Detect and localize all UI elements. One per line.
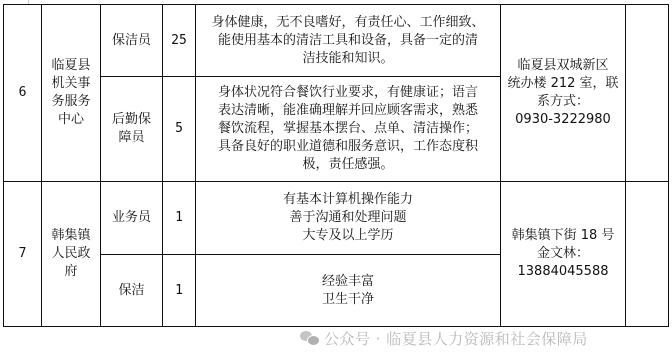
position-title: 保洁	[101, 255, 163, 327]
position-count: 1	[163, 182, 196, 255]
job-listing-table: 6 临夏县 机关事 务服务 中心 保洁员 25 身体健康，无不良嗜好，有责任心、…	[3, 4, 669, 327]
position-requirements: 经验丰富 卫生干净	[196, 255, 501, 327]
position-count: 1	[163, 255, 196, 327]
table-row: 7 韩集镇 人民政 府 业务员 1 有基本计算机操作能力 善于沟通和处理问题 大…	[4, 182, 669, 255]
position-title: 业务员	[101, 182, 163, 255]
row-index: 7	[4, 182, 42, 327]
position-count: 25	[163, 5, 196, 77]
position-title: 保洁员	[101, 5, 163, 77]
position-requirements: 身体状况符合餐饮行业要求，有健康证；语言 表达清晰，能准确理解并回应顾客需求，熟…	[196, 77, 501, 182]
remarks-cell	[626, 5, 669, 182]
watermark-text: 公众号 · 临夏县人力资源和社会保障局	[324, 328, 588, 349]
position-title: 后勤保 障员	[101, 77, 163, 182]
remarks-cell	[626, 182, 669, 327]
position-count: 5	[163, 77, 196, 182]
contact-cell: 韩集镇下街 18 号 金文林： 13884045588	[501, 182, 626, 327]
employer-cell: 临夏县 机关事 务服务 中心	[42, 5, 101, 182]
table-row: 6 临夏县 机关事 务服务 中心 保洁员 25 身体健康，无不良嗜好，有责任心、…	[4, 5, 669, 77]
contact-cell: 临夏县双城新区 统办楼 212 室，联 系方式： 0930-3222980	[501, 5, 626, 182]
wechat-icon	[300, 330, 320, 346]
watermark: 公众号 · 临夏县人力资源和社会保障局	[300, 326, 588, 350]
employer-cell: 韩集镇 人民政 府	[42, 182, 101, 327]
position-requirements: 有基本计算机操作能力 善于沟通和处理问题 大专及以上学历	[196, 182, 501, 255]
row-index: 6	[4, 5, 42, 182]
position-requirements: 身体健康，无不良嗜好，有责任心、工作细致、 能使用基本的清洁工具和设备，具备一定…	[196, 5, 501, 77]
